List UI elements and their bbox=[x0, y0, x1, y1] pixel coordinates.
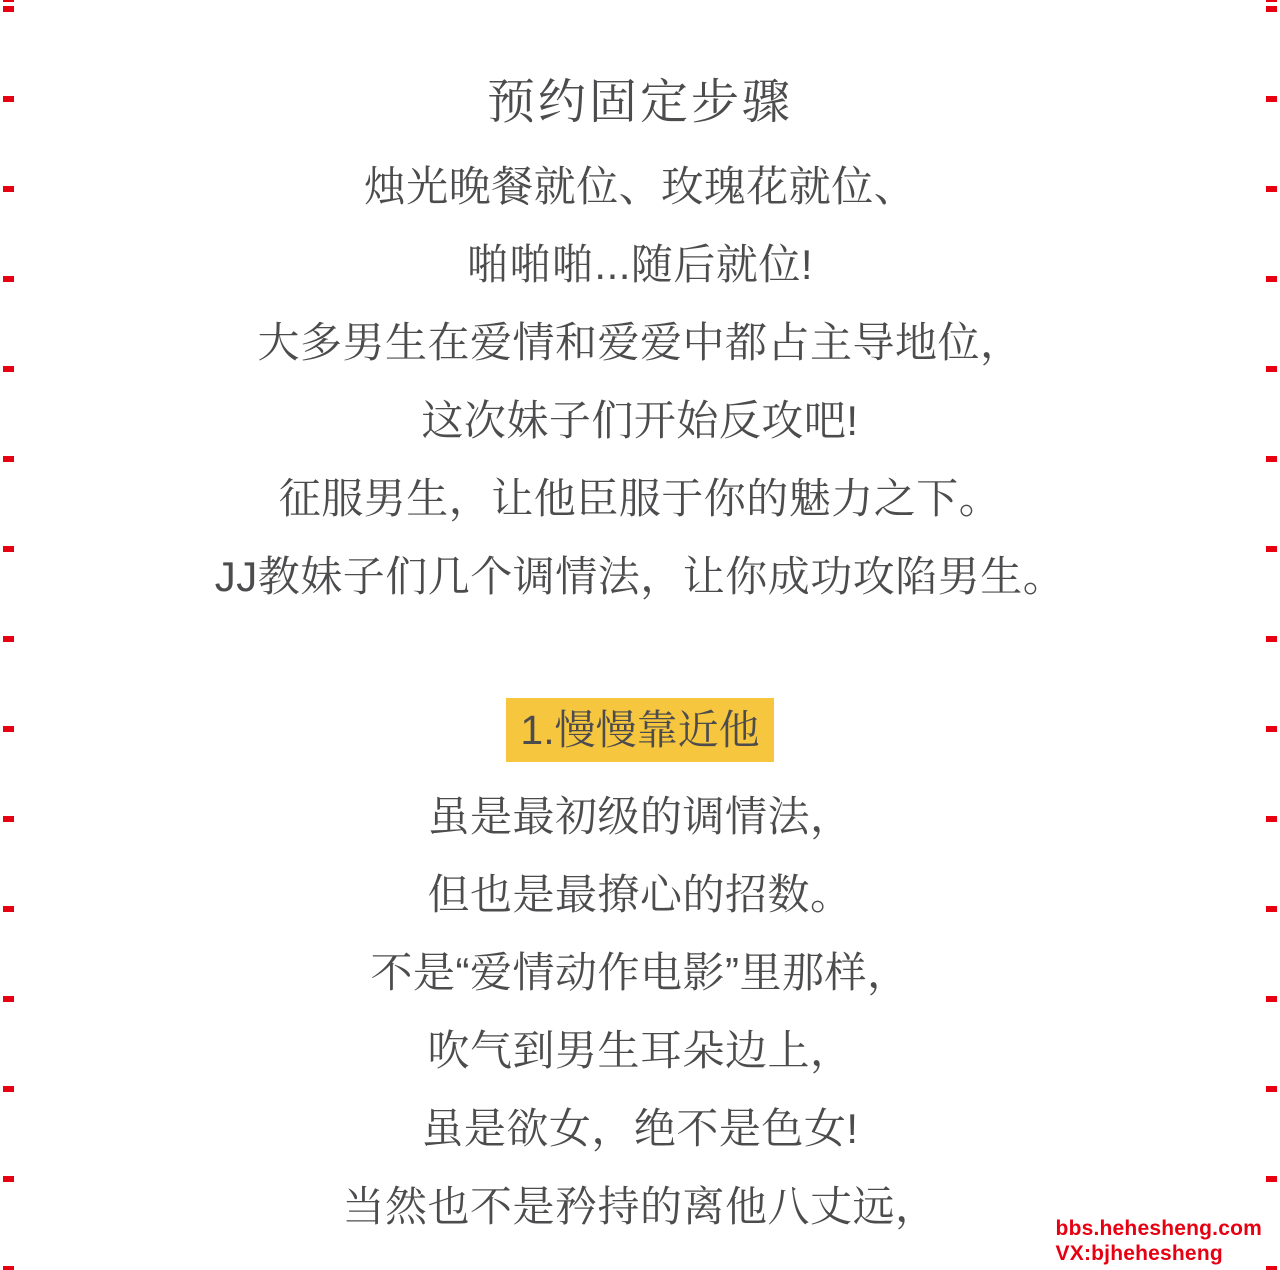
watermark-site-url: bbs.hehesheng.com bbox=[1056, 1216, 1262, 1241]
intro-line-2: 啪啪啪...随后就位! bbox=[0, 226, 1280, 304]
section-1-line-5: 虽是欲女，绝不是色女! bbox=[0, 1090, 1280, 1168]
watermark: bbs.hehesheng.com VX:bjhehesheng bbox=[1056, 1216, 1262, 1266]
intro-line-4: 这次妹子们开始反攻吧! bbox=[0, 382, 1280, 460]
article-page: 预约固定步骤 烛光晚餐就位、玫瑰花就位、 啪啪啪...随后就位! 大多男生在爱情… bbox=[0, 0, 1280, 1270]
section-1-line-3: 不是“爱情动作电影”里那样， bbox=[0, 934, 1280, 1012]
intro-line-5: 征服男生，让他臣服于你的魅力之下。 bbox=[0, 460, 1280, 538]
section-1-line-2: 但也是最撩心的招数。 bbox=[0, 856, 1280, 934]
section-1-line-1: 虽是最初级的调情法， bbox=[0, 778, 1280, 856]
intro-line-3: 大多男生在爱情和爱爱中都占主导地位， bbox=[0, 304, 1280, 382]
page-title: 预约固定步骤 bbox=[0, 58, 1280, 148]
right-edge-tick-marks bbox=[1266, 0, 1277, 1270]
section-1-line-4: 吹气到男生耳朵边上， bbox=[0, 1012, 1280, 1090]
article-content: 预约固定步骤 烛光晚餐就位、玫瑰花就位、 啪啪啪...随后就位! 大多男生在爱情… bbox=[0, 0, 1280, 1246]
left-edge-tick-marks bbox=[3, 0, 14, 1270]
section-heading-row: 1.慢慢靠近他 bbox=[0, 698, 1280, 772]
watermark-wechat-id: VX:bjhehesheng bbox=[1056, 1241, 1262, 1266]
section-1-heading-highlighted: 1.慢慢靠近他 bbox=[506, 698, 773, 762]
intro-line-6: JJ教妹子们几个调情法，让你成功攻陷男生。 bbox=[0, 538, 1280, 616]
intro-line-1: 烛光晚餐就位、玫瑰花就位、 bbox=[0, 148, 1280, 226]
